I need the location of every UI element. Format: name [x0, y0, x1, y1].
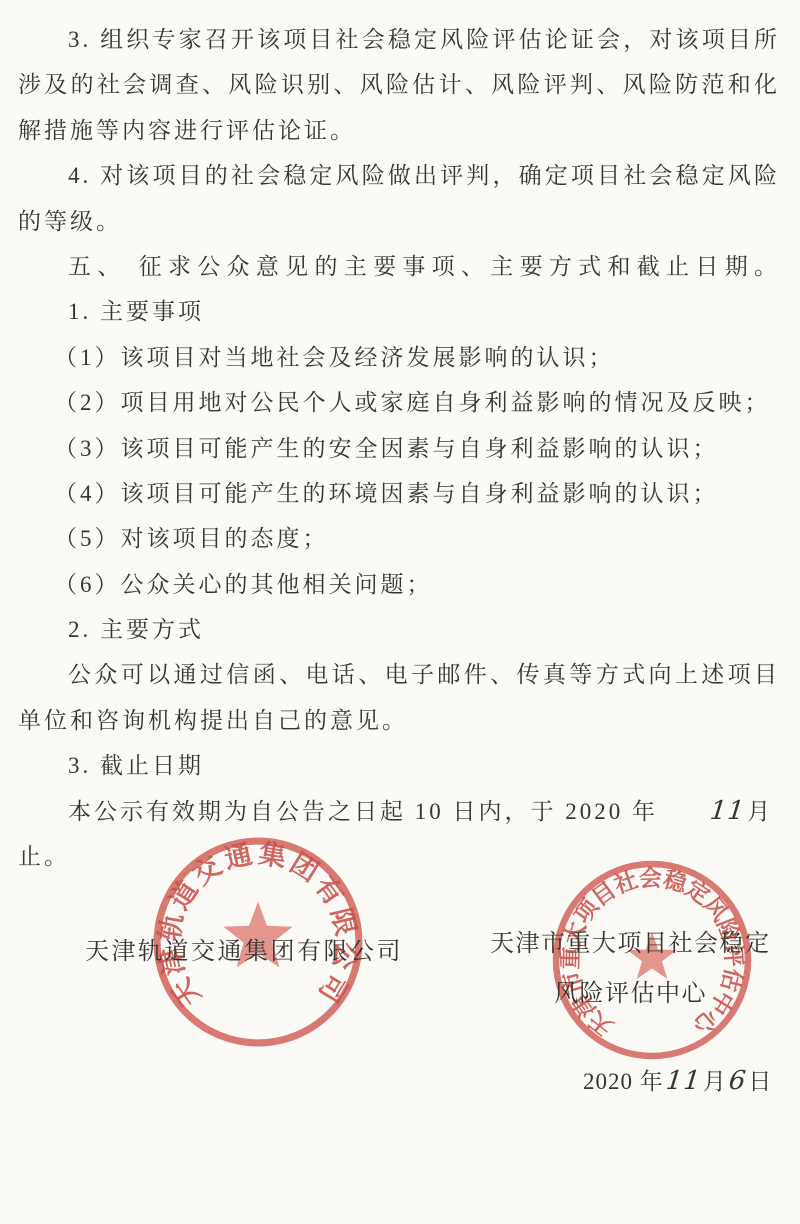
subsection-heading-line: 3. 截止日期	[18, 743, 780, 788]
list-item-line: （1）该项目对当地社会及经济发展影响的认识；	[18, 335, 780, 380]
paragraph-line: 涉及的社会调查、风险识别、风险估计、风险评判、风险防范和化	[18, 62, 780, 107]
paragraph-line: 4. 对该项目的社会稳定风险做出评判，确定项目社会稳定风险	[18, 153, 780, 198]
handwritten-day: 6	[725, 1066, 750, 1096]
deadline-text: 本公示有效期为自公告之日起 10 日内，于 2020 年	[68, 799, 658, 824]
paragraph-line: 单位和咨询机构提出自己的意见。	[18, 698, 780, 743]
month-char: 月	[747, 799, 773, 824]
month-char: 月	[703, 1069, 727, 1094]
handwritten-month: 11	[656, 789, 750, 834]
company-signature: 天津轨道交通集团有限公司	[85, 931, 403, 966]
body-text: 3. 组织专家召开该项目社会稳定风险评估论证会，对该项目所 涉及的社会调查、风险…	[18, 17, 780, 879]
list-item-line: （4）该项目可能产生的环境因素与自身利益影响的认识；	[18, 471, 780, 516]
deadline-line: 本公示有效期为自公告之日起 10 日内，于 2020 年11月15日截	[18, 789, 780, 834]
subsection-heading-line: 1. 主要事项	[18, 289, 780, 334]
day-char: 日	[748, 1069, 772, 1094]
date-year: 2020 年	[583, 1069, 664, 1094]
subsection-heading-line: 2. 主要方式	[18, 607, 780, 652]
paragraph-line: 解措施等内容进行评估论证。	[18, 108, 780, 153]
handwritten-day: 15	[771, 789, 800, 834]
paragraph-line: 3. 组织专家召开该项目社会稳定风险评估论证会，对该项目所	[18, 17, 780, 62]
paragraph-line: 公众可以通过信函、电话、电子邮件、传真等方式向上述项目	[18, 652, 780, 697]
section-heading-line: 五、 征求公众意见的主要事项、主要方式和截止日期。	[18, 244, 780, 289]
list-item-line: （5）对该项目的态度；	[18, 516, 780, 561]
issue-date: 2020 年11月6日	[583, 1063, 772, 1096]
handwritten-month: 11	[662, 1066, 704, 1096]
center-signature-line2: 风险评估中心	[554, 973, 707, 1008]
document-page: 3. 组织专家召开该项目社会稳定风险评估论证会，对该项目所 涉及的社会调查、风险…	[0, 0, 800, 1224]
paragraph-line: 的等级。	[18, 199, 780, 244]
center-signature-line1: 天津市重大项目社会稳定	[490, 923, 771, 958]
assessment-center-seal-stamp: 天津市重大项目社会稳定风险评估中心	[549, 857, 755, 1063]
list-item-line: （2）项目用地对公民个人或家庭自身利益影响的情况及反映；	[18, 380, 780, 425]
list-item-line: （3）该项目可能产生的安全因素与自身利益影响的认识；	[18, 426, 780, 471]
list-item-line: （6）公众关心的其他相关问题；	[18, 562, 780, 607]
